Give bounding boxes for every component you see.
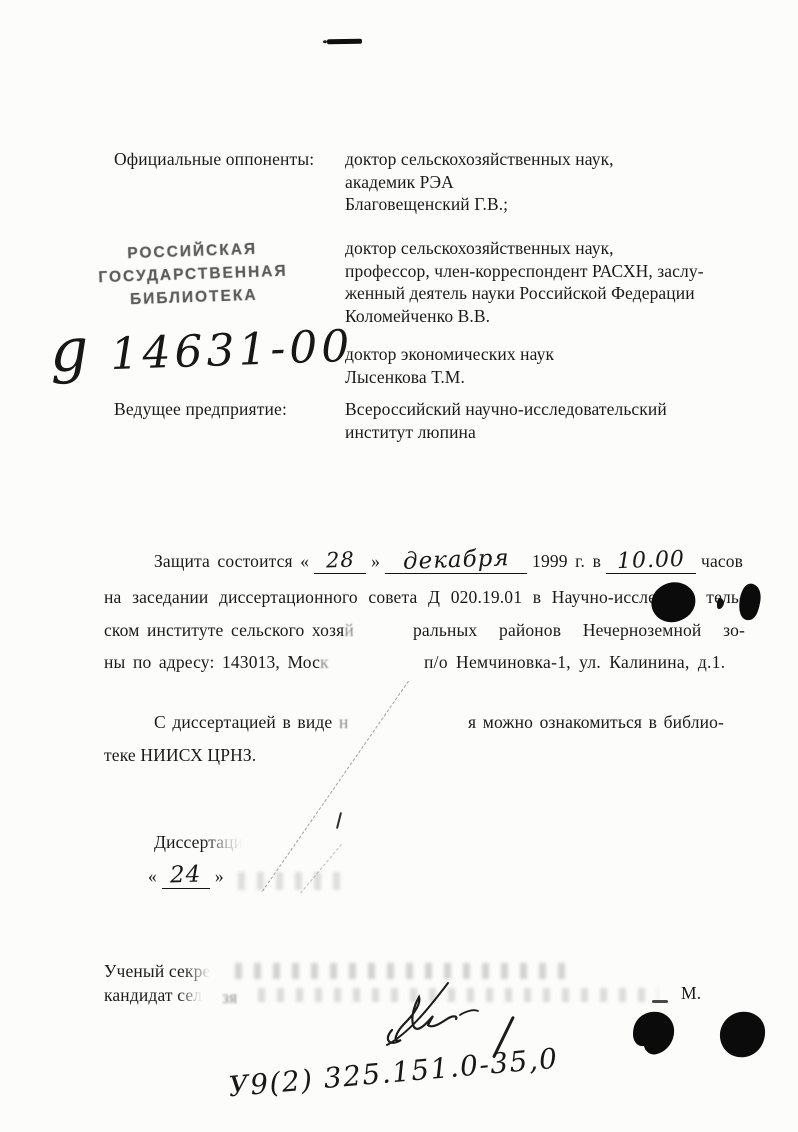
opponent-line: академик РЭА bbox=[345, 171, 614, 194]
library-note-line-1-left: С диссертацией в виде н bbox=[154, 711, 348, 733]
defense-line1-pre: Защита состоится « bbox=[154, 551, 309, 571]
ink-blot bbox=[716, 1010, 767, 1059]
opponent-line: доктор сельскохозяйственных наук, bbox=[345, 148, 614, 171]
sent-line-word: Диссертаци bbox=[154, 831, 243, 853]
secretary-initial: М. bbox=[681, 982, 701, 1004]
defense-line3-left-text: ском институте сельского хозя bbox=[104, 620, 344, 640]
handwritten-sent-day: 24 bbox=[170, 863, 202, 886]
day-blank: 28 bbox=[314, 549, 366, 574]
handwritten-day: 28 bbox=[325, 549, 354, 572]
secretary-line-2: кандидат сел bbox=[104, 984, 202, 1006]
opponent-block-1: доктор сельскохозяйственных наук, академ… bbox=[345, 148, 614, 216]
defense-line-1: Защита состоится «28»декабря1999 г. в10.… bbox=[154, 549, 743, 574]
handwritten-month: декабря bbox=[402, 547, 509, 573]
leading-org-line: Всероссийский научно-исследовательский bbox=[345, 398, 667, 421]
opponent-line: доктор экономических наук bbox=[345, 343, 554, 366]
opponent-line: Коломейченко В.В. bbox=[345, 305, 704, 328]
ink-blot bbox=[649, 581, 697, 623]
defense-line4-left-text: ны по адресу: 143013, Мос bbox=[104, 652, 320, 672]
defense-line-2-left: на заседании диссертационного совета Д 0… bbox=[104, 586, 656, 608]
sent-day-blank: 24 bbox=[162, 864, 210, 889]
opponent-line: Лысенкова Т.М. bbox=[345, 366, 554, 389]
library-stamp: РОССИЙСКАЯ ГОСУДАРСТВЕННАЯ БИБЛИОТЕКА bbox=[93, 237, 293, 313]
defense-line-3-left: ском институте сельского хозяй bbox=[104, 619, 354, 641]
month-blank: декабря bbox=[385, 549, 527, 574]
ink-speck bbox=[652, 1000, 668, 1003]
sent-line-date: «24» bbox=[148, 864, 224, 889]
library-note-line-2: теке НИИСХ ЦРНЗ. bbox=[104, 744, 256, 766]
leading-org-line: институт люпина bbox=[345, 421, 667, 444]
defense-line1-mid: » bbox=[371, 551, 380, 571]
leading-org-value: Всероссийский научно-исследовательский и… bbox=[345, 398, 667, 443]
defense-line-4-right: п/о Немчиновка-1, ул. Калинина, д.1. bbox=[424, 651, 725, 673]
accession-number-handwritten: g 14631-00 bbox=[49, 311, 354, 388]
defense-line1-end: часов bbox=[701, 551, 743, 571]
defense-line3-faded-char: й bbox=[344, 620, 354, 640]
close-quote: » bbox=[215, 866, 224, 886]
ink-speck bbox=[716, 597, 726, 611]
opponent-block-2: доктор сельскохозяйственных наук, профес… bbox=[345, 237, 704, 327]
signature bbox=[380, 978, 492, 1052]
defense-line4-faded-char: к bbox=[320, 652, 329, 672]
handwritten-time: 10.00 bbox=[617, 549, 686, 573]
opponent-block-3: доктор экономических наук Лысенкова Т.М. bbox=[345, 343, 554, 388]
ink-blot bbox=[737, 583, 763, 622]
ink-tick-mark bbox=[336, 812, 342, 829]
opponent-line: доктор сельскохозяйственных наук, bbox=[345, 237, 704, 260]
secretary-line-2-faded: зя bbox=[222, 986, 237, 1008]
ink-blot bbox=[630, 1010, 676, 1056]
defense-line1-post: 1999 г. в bbox=[532, 551, 601, 571]
library-note-line-1-right: я можно ознакомиться в библио- bbox=[468, 711, 724, 733]
opponent-line: профессор, член-корреспондент РАСХН, зас… bbox=[345, 260, 704, 283]
library-note-left-text: С диссертацией в виде bbox=[154, 712, 332, 732]
defense-line-4-left: ны по адресу: 143013, Моск bbox=[104, 651, 329, 673]
open-quote: « bbox=[148, 866, 157, 886]
scanned-document-page: Официальные оппоненты: доктор сельскохоз… bbox=[0, 0, 798, 1132]
opponent-line: Благовещенский Г.В.; bbox=[345, 193, 614, 216]
secretary-line-1: Ученый секре bbox=[104, 960, 210, 982]
faded-print-smudge bbox=[238, 872, 348, 890]
library-note-faded-char: н bbox=[339, 712, 349, 732]
page-number-dash bbox=[327, 39, 362, 44]
faded-print-smudge bbox=[235, 963, 565, 979]
opponent-line: женный деятель науки Российской Федераци… bbox=[345, 282, 704, 305]
leading-org-label: Ведущее предприятие: bbox=[114, 398, 287, 420]
time-blank: 10.00 bbox=[606, 550, 696, 574]
opponents-label: Официальные оппоненты: bbox=[114, 148, 314, 170]
